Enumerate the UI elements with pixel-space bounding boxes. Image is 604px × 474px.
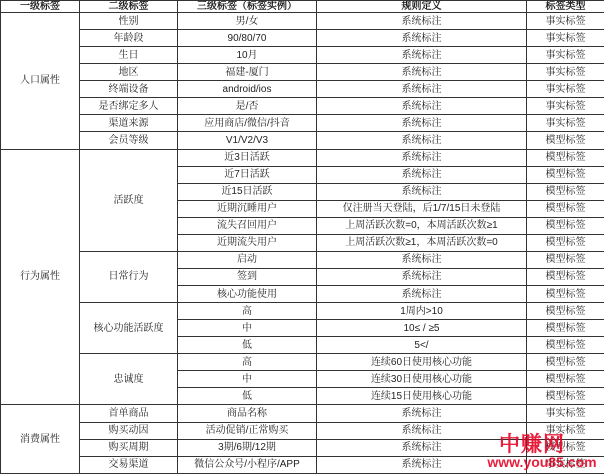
level3-cell: 流失召回用户 bbox=[178, 217, 317, 234]
type-cell: 模型标签 bbox=[527, 149, 604, 166]
rule-cell: 系统标注 bbox=[317, 183, 527, 200]
level3-cell: 近7日活跃 bbox=[178, 166, 317, 183]
type-cell: 事实标签 bbox=[527, 456, 604, 473]
table-row: 渠道来源应用商店/微信/抖音系统标注事实标签 bbox=[1, 115, 604, 132]
type-cell: 模型标签 bbox=[527, 354, 604, 371]
level3-cell: V1/V2/V3 bbox=[178, 132, 317, 149]
tag-taxonomy-page: 一级标签二级标签三级标签（标签实例）规则定义标签类型 人口属性性别男/女系统标注… bbox=[0, 0, 604, 474]
table-row: 购买动因活动促销/正常购买系统标注事实标签 bbox=[1, 422, 604, 439]
table-row: 核心功能活跃度高1周内>10模型标签 bbox=[1, 303, 604, 320]
level2-cell: 购买周期 bbox=[80, 439, 178, 456]
rule-cell: 系统标注 bbox=[317, 30, 527, 47]
rule-cell: 5</ bbox=[317, 337, 527, 354]
type-cell: 模型标签 bbox=[527, 132, 604, 149]
table-row: 行为属性活跃度近3日活跃系统标注模型标签 bbox=[1, 149, 604, 166]
type-cell: 事实标签 bbox=[527, 98, 604, 115]
table-row: 地区福建-厦门系统标注事实标签 bbox=[1, 64, 604, 81]
rule-cell: 系统标注 bbox=[317, 268, 527, 285]
level2-cell: 性别 bbox=[80, 13, 178, 30]
table-row: 终端设备android/ios系统标注事实标签 bbox=[1, 81, 604, 98]
table-row: 日常行为启动系统标注模型标签 bbox=[1, 251, 604, 268]
level2-cell: 地区 bbox=[80, 64, 178, 81]
tag-taxonomy-table: 一级标签二级标签三级标签（标签实例）规则定义标签类型 人口属性性别男/女系统标注… bbox=[0, 0, 604, 474]
table-row: 购买周期3期/6期/12期系统标注模型标签 bbox=[1, 439, 604, 456]
level2-cell: 终端设备 bbox=[80, 81, 178, 98]
table-row: 人口属性性别男/女系统标注事实标签 bbox=[1, 13, 604, 30]
type-cell: 事实标签 bbox=[527, 81, 604, 98]
table-row: 交易渠道微信公众号/小程序/APP系统标注事实标签 bbox=[1, 456, 604, 473]
column-header: 标签类型 bbox=[527, 1, 604, 13]
level3-cell: 中 bbox=[178, 371, 317, 388]
level3-cell: 应用商店/微信/抖音 bbox=[178, 115, 317, 132]
type-cell: 模型标签 bbox=[527, 439, 604, 456]
rule-cell: 系统标注 bbox=[317, 149, 527, 166]
column-header: 三级标签（标签实例） bbox=[178, 1, 317, 13]
rule-cell: 系统标注 bbox=[317, 81, 527, 98]
table-row: 消费属性首单商品商品名称系统标注事实标签 bbox=[1, 405, 604, 422]
level2-cell: 是否绑定多人 bbox=[80, 98, 178, 115]
rule-cell: 系统标注 bbox=[317, 166, 527, 183]
rule-cell: 系统标注 bbox=[317, 251, 527, 268]
rule-cell: 10≤ / ≥5 bbox=[317, 320, 527, 337]
level3-cell: 低 bbox=[178, 337, 317, 354]
type-cell: 模型标签 bbox=[527, 166, 604, 183]
level2-cell: 首单商品 bbox=[80, 405, 178, 422]
rule-cell: 上周活跃次数=0，本周活跃次数≥1 bbox=[317, 217, 527, 234]
level2-cell: 日常行为 bbox=[80, 251, 178, 302]
level2-cell: 渠道来源 bbox=[80, 115, 178, 132]
rule-cell: 上周活跃次数≥1，本周活跃次数=0 bbox=[317, 234, 527, 251]
rule-cell: 系统标注 bbox=[317, 456, 527, 473]
rule-cell: 系统标注 bbox=[317, 13, 527, 30]
type-cell: 模型标签 bbox=[527, 183, 604, 200]
rule-cell: 系统标注 bbox=[317, 132, 527, 149]
table-row: 年龄段90/80/70系统标注事实标签 bbox=[1, 30, 604, 47]
type-cell: 模型标签 bbox=[527, 337, 604, 354]
rule-cell: 仅注册当天登陆，后1/7/15日未登陆 bbox=[317, 200, 527, 217]
level3-cell: android/ios bbox=[178, 81, 317, 98]
type-cell: 事实标签 bbox=[527, 422, 604, 439]
level3-cell: 活动促销/正常购买 bbox=[178, 422, 317, 439]
type-cell: 事实标签 bbox=[527, 13, 604, 30]
rule-cell: 系统标注 bbox=[317, 422, 527, 439]
column-header: 二级标签 bbox=[80, 1, 178, 13]
level1-cell: 消费属性 bbox=[1, 405, 80, 474]
type-cell: 模型标签 bbox=[527, 320, 604, 337]
type-cell: 事实标签 bbox=[527, 47, 604, 64]
type-cell: 模型标签 bbox=[527, 371, 604, 388]
rule-cell: 系统标注 bbox=[317, 439, 527, 456]
level3-cell: 近3日活跃 bbox=[178, 149, 317, 166]
type-cell: 事实标签 bbox=[527, 115, 604, 132]
rule-cell: 连续30日使用核心功能 bbox=[317, 371, 527, 388]
rule-cell: 1周内>10 bbox=[317, 303, 527, 320]
level3-cell: 近期沉睡用户 bbox=[178, 200, 317, 217]
level3-cell: 90/80/70 bbox=[178, 30, 317, 47]
rule-cell: 系统标注 bbox=[317, 47, 527, 64]
type-cell: 模型标签 bbox=[527, 251, 604, 268]
level3-cell: 低 bbox=[178, 388, 317, 405]
level3-cell: 是/否 bbox=[178, 98, 317, 115]
level1-cell: 人口属性 bbox=[1, 13, 80, 150]
rule-cell: 系统标注 bbox=[317, 115, 527, 132]
level3-cell: 福建-厦门 bbox=[178, 64, 317, 81]
rule-cell: 连续60日使用核心功能 bbox=[317, 354, 527, 371]
table-header-row: 一级标签二级标签三级标签（标签实例）规则定义标签类型 bbox=[1, 1, 604, 13]
level3-cell: 商品名称 bbox=[178, 405, 317, 422]
type-cell: 模型标签 bbox=[527, 200, 604, 217]
level3-cell: 核心功能使用 bbox=[178, 286, 317, 303]
table-body: 人口属性性别男/女系统标注事实标签年龄段90/80/70系统标注事实标签生日10… bbox=[1, 13, 604, 474]
table-row: 是否绑定多人是/否系统标注事实标签 bbox=[1, 98, 604, 115]
type-cell: 模型标签 bbox=[527, 268, 604, 285]
type-cell: 事实标签 bbox=[527, 30, 604, 47]
type-cell: 事实标签 bbox=[527, 64, 604, 81]
rule-cell: 系统标注 bbox=[317, 286, 527, 303]
level3-cell: 微信公众号/小程序/APP bbox=[178, 456, 317, 473]
type-cell: 模型标签 bbox=[527, 217, 604, 234]
level2-cell: 交易渠道 bbox=[80, 456, 178, 473]
type-cell: 模型标签 bbox=[527, 303, 604, 320]
level3-cell: 签到 bbox=[178, 268, 317, 285]
rule-cell: 连续15日使用核心功能 bbox=[317, 388, 527, 405]
level2-cell: 会员等级 bbox=[80, 132, 178, 149]
level1-cell: 行为属性 bbox=[1, 149, 80, 405]
level3-cell: 男/女 bbox=[178, 13, 317, 30]
table-row: 忠诚度高连续60日使用核心功能模型标签 bbox=[1, 354, 604, 371]
rule-cell: 系统标注 bbox=[317, 98, 527, 115]
type-cell: 事实标签 bbox=[527, 405, 604, 422]
level3-cell: 10月 bbox=[178, 47, 317, 64]
level3-cell: 高 bbox=[178, 303, 317, 320]
level3-cell: 近15日活跃 bbox=[178, 183, 317, 200]
column-header: 一级标签 bbox=[1, 1, 80, 13]
type-cell: 模型标签 bbox=[527, 388, 604, 405]
level2-cell: 购买动因 bbox=[80, 422, 178, 439]
level3-cell: 启动 bbox=[178, 251, 317, 268]
level3-cell: 3期/6期/12期 bbox=[178, 439, 317, 456]
level3-cell: 高 bbox=[178, 354, 317, 371]
level3-cell: 中 bbox=[178, 320, 317, 337]
type-cell: 模型标签 bbox=[527, 234, 604, 251]
level3-cell: 近期流失用户 bbox=[178, 234, 317, 251]
column-header: 规则定义 bbox=[317, 1, 527, 13]
table-row: 会员等级V1/V2/V3系统标注模型标签 bbox=[1, 132, 604, 149]
rule-cell: 系统标注 bbox=[317, 405, 527, 422]
level2-cell: 生日 bbox=[80, 47, 178, 64]
level2-cell: 活跃度 bbox=[80, 149, 178, 251]
table-row: 生日10月系统标注事实标签 bbox=[1, 47, 604, 64]
type-cell: 模型标签 bbox=[527, 286, 604, 303]
level2-cell: 核心功能活跃度 bbox=[80, 303, 178, 354]
level2-cell: 年龄段 bbox=[80, 30, 178, 47]
level2-cell: 忠诚度 bbox=[80, 354, 178, 405]
rule-cell: 系统标注 bbox=[317, 64, 527, 81]
